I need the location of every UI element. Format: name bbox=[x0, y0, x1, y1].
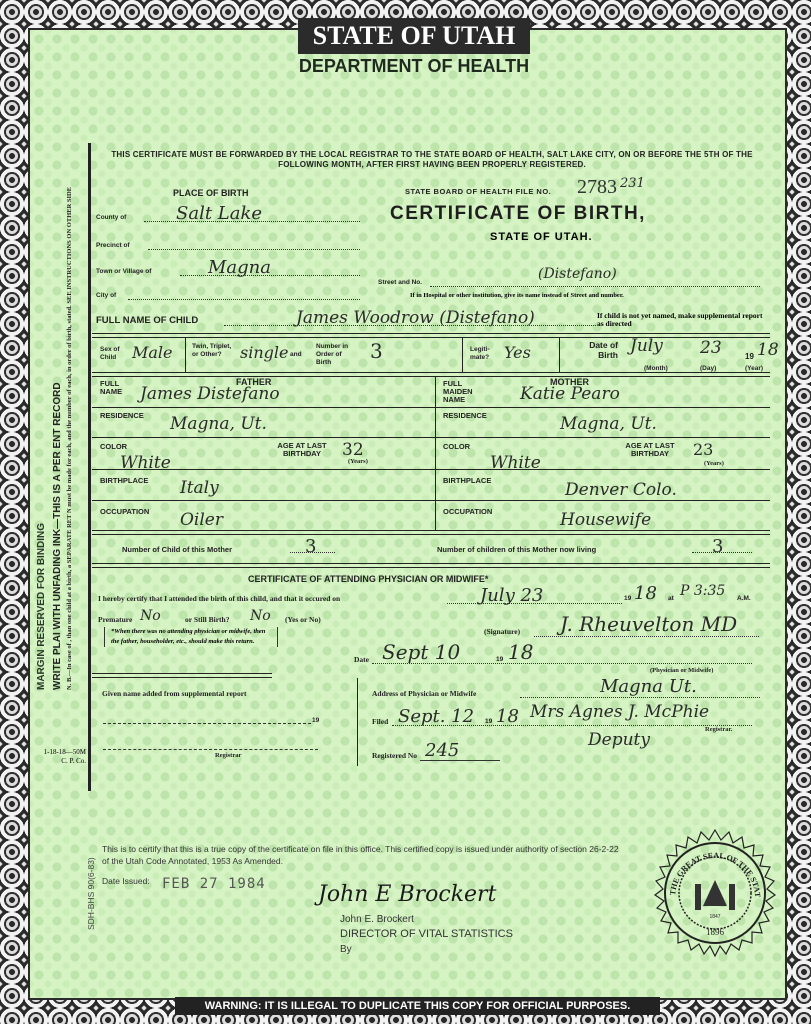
svg-text:THE GREAT SEAL OF THE STATE OF: THE GREAT SEAL OF THE STATE OF UTAH bbox=[640, 818, 762, 898]
date-year-prefix: 19 bbox=[496, 656, 503, 664]
at-label: at bbox=[668, 595, 674, 603]
stillbirth-label: or Still Birth? bbox=[185, 616, 229, 624]
street-field: Street and No. (Distefano) bbox=[378, 272, 760, 288]
mother-age-value: 23 bbox=[693, 440, 713, 459]
mother-age-label: AGE AT LAST BIRTHDAY bbox=[610, 442, 690, 458]
rule bbox=[92, 673, 272, 678]
mother-color-label: COLOR bbox=[443, 443, 470, 451]
occurred-year-prefix: 19 bbox=[624, 595, 631, 603]
occurred-year: 18 bbox=[634, 583, 657, 604]
father-birthplace-label: BIRTHPLACE bbox=[100, 477, 148, 485]
role-caption: (Physician or Midwife) bbox=[650, 667, 713, 675]
svg-text:1896: 1896 bbox=[706, 927, 725, 937]
given-name-label: Given name added from supplemental repor… bbox=[102, 690, 247, 698]
forwarding-instruction: THIS CERTIFICATE MUST BE FORWARDED BY TH… bbox=[96, 150, 768, 170]
birth-time: P 3:35 bbox=[680, 583, 725, 599]
county-field: County of Salt Lake bbox=[96, 206, 360, 224]
filed-year-prefix: 19 bbox=[485, 718, 492, 726]
file-no-annotation: 231 bbox=[620, 176, 645, 191]
father-name-value: James Distefano bbox=[140, 384, 280, 404]
mother-occupation-label: OCCUPATION bbox=[443, 508, 492, 516]
registered-no-label: Registered No bbox=[372, 752, 417, 760]
certification-statement: This is to certify that this is a true c… bbox=[102, 843, 622, 867]
by-label: By bbox=[340, 944, 352, 955]
dob-label: Date of Birth bbox=[568, 340, 618, 360]
county-value: Salt Lake bbox=[176, 203, 262, 224]
father-color-label: COLOR bbox=[100, 443, 127, 451]
file-no-value: 2783 bbox=[577, 176, 617, 199]
premature-value: No bbox=[140, 608, 161, 624]
seal-icon: THE GREAT SEAL OF THE STATE OF UTAH 1896… bbox=[640, 818, 790, 968]
registrar-caption: Registrar bbox=[215, 752, 241, 760]
precinct-field: Precinct of bbox=[96, 234, 360, 252]
mother-name-label: FULL MAIDEN NAME bbox=[443, 380, 483, 404]
father-residence-label: RESIDENCE bbox=[100, 412, 144, 420]
deputy-signature: Deputy bbox=[588, 730, 650, 750]
mother-residence-label: RESIDENCE bbox=[443, 412, 487, 420]
form-left-rule bbox=[88, 143, 91, 791]
precinct-label: Precinct of bbox=[96, 242, 130, 250]
street-value: (Distefano) bbox=[538, 266, 617, 282]
sex-value: Male bbox=[132, 343, 173, 362]
place-of-birth-heading: PLACE OF BIRTH bbox=[173, 188, 249, 198]
street-note: If in Hospital or other institution, giv… bbox=[410, 292, 624, 299]
given-name-year-prefix: 19 bbox=[312, 717, 319, 725]
date-issued-label: Date Issued: bbox=[102, 876, 150, 886]
child-number-value: 3 bbox=[305, 536, 316, 557]
sex-label: Sex of Child bbox=[100, 346, 128, 362]
twin-value: single bbox=[240, 343, 288, 362]
margin-nb-instruction: N. B.—In case of , than one child at a b… bbox=[66, 130, 74, 690]
duplication-warning: WARNING: IT IS ILLEGAL TO DUPLICATE THIS… bbox=[175, 997, 660, 1015]
filed-year: 18 bbox=[496, 706, 519, 727]
dob-year-prefix: 19 bbox=[745, 352, 754, 361]
rule bbox=[92, 530, 770, 535]
street-label: Street and No. bbox=[378, 279, 422, 287]
father-age-value: 32 bbox=[342, 440, 364, 460]
great-seal-of-utah: THE GREAT SEAL OF THE STATE OF UTAH 1896… bbox=[640, 818, 790, 968]
registrar-label: Registrar. bbox=[705, 726, 732, 734]
town-value: Magna bbox=[208, 257, 271, 278]
town-field: Town or Village of Magna bbox=[96, 258, 360, 278]
rule bbox=[92, 333, 770, 338]
address-label: Address of Physician or Midwife bbox=[372, 690, 476, 698]
physician-date: Sept 10 bbox=[382, 640, 460, 664]
dob-year: 18 bbox=[757, 340, 779, 360]
and-label: and bbox=[290, 351, 302, 359]
living-label: Number of children of this Mother now li… bbox=[437, 546, 596, 554]
father-occupation-value: Oiler bbox=[180, 510, 223, 530]
state-banner: STATE OF UTAH bbox=[298, 18, 530, 54]
legitimate-label: Legiti-mate? bbox=[470, 346, 500, 362]
occurred-date: July 23 bbox=[480, 585, 543, 606]
date-label: Date bbox=[354, 656, 369, 664]
premature-label: Premature bbox=[98, 616, 132, 624]
father-occupation-label: OCCUPATION bbox=[100, 508, 149, 516]
rule bbox=[92, 563, 770, 568]
margin-binding-text: MARGIN RESERVED FOR BINDING bbox=[36, 523, 47, 690]
father-residence-value: Magna, Ut. bbox=[170, 414, 267, 434]
mother-years-caption: (Years) bbox=[704, 460, 724, 468]
physician-note: *When there was no attending physician o… bbox=[104, 627, 278, 647]
director-title: DIRECTOR OF VITAL STATISTICS bbox=[340, 928, 513, 940]
yes-no-caption: (Yes or No) bbox=[285, 616, 321, 624]
registered-no-value: 245 bbox=[425, 740, 459, 761]
margin-ink-instruction: WRITE PLAI WITH UNFADING INK—THIS IS A P… bbox=[52, 382, 63, 690]
child-name-note: If child is not yet named, make suppleme… bbox=[597, 312, 767, 328]
father-age-label: AGE AT LAST BIRTHDAY bbox=[262, 442, 342, 458]
dob-day: 23 bbox=[700, 338, 722, 358]
legitimate-value: Yes bbox=[504, 343, 531, 362]
date-issued-stamp: FEB 27 1984 bbox=[162, 876, 266, 892]
city-field: City of bbox=[96, 286, 360, 302]
signature-label: (Signature) bbox=[484, 628, 520, 636]
mother-birthplace-value: Denver Colo. bbox=[565, 480, 677, 500]
town-label: Town or Village of bbox=[96, 268, 151, 276]
date-year: 18 bbox=[508, 640, 533, 664]
county-label: County of bbox=[96, 214, 126, 222]
mother-color-value: White bbox=[490, 453, 541, 473]
child-name-label: FULL NAME OF CHILD bbox=[96, 315, 198, 326]
print-company: C. P. Co. bbox=[36, 757, 86, 766]
form-code: SDH-BHS 90(6-83) bbox=[86, 857, 96, 930]
physician-address: Magna Ut. bbox=[600, 676, 697, 697]
meridiem: A.M. bbox=[737, 595, 751, 603]
father-birthplace-value: Italy bbox=[180, 478, 219, 498]
child-name-value: James Woodrow (Distefano) bbox=[296, 308, 535, 328]
registrar-signature: Mrs Agnes J. McPhie bbox=[530, 702, 709, 722]
mother-residence-value: Magna, Ut. bbox=[560, 414, 657, 434]
file-no-label: STATE BOARD OF HEALTH FILE NO. bbox=[405, 187, 551, 196]
filed-label: Filed bbox=[372, 718, 388, 726]
rule bbox=[92, 372, 770, 377]
order-label: Number in Order of Birth bbox=[316, 343, 356, 367]
city-label: City of bbox=[96, 292, 116, 300]
svg-text:1847: 1847 bbox=[709, 914, 720, 920]
director-signature: John E Brockert bbox=[318, 882, 496, 907]
father-years-caption: (Years) bbox=[348, 458, 368, 466]
physician-heading: CERTIFICATE OF ATTENDING PHYSICIAN OR MI… bbox=[248, 574, 488, 584]
print-code: 1-18-18—50M C. P. Co. bbox=[36, 748, 86, 766]
father-color-value: White bbox=[120, 453, 171, 473]
filed-date: Sept. 12 bbox=[398, 706, 474, 727]
director-name: John E. Brockert bbox=[340, 914, 414, 925]
dob-month: July bbox=[630, 336, 663, 356]
living-value: 3 bbox=[712, 536, 723, 557]
certificate-subtitle: STATE OF UTAH. bbox=[490, 231, 593, 243]
child-name-field: FULL NAME OF CHILD James Woodrow (Distef… bbox=[96, 308, 596, 328]
physician-signature: J. Rheuvelton MD bbox=[560, 612, 737, 636]
registrar-line bbox=[103, 749, 318, 750]
twin-label: Twin, Triplet, or Other? bbox=[192, 343, 232, 359]
stillbirth-value: No bbox=[250, 608, 271, 624]
print-code-number: 1-18-18—50M bbox=[36, 748, 86, 757]
department-title: DEPARTMENT OF HEALTH bbox=[200, 56, 628, 77]
certificate-title: CERTIFICATE OF BIRTH, bbox=[390, 203, 646, 225]
given-name-line bbox=[103, 723, 311, 724]
child-number-label: Number of Child of this Mother bbox=[122, 546, 232, 554]
mother-name-value: Katie Pearo bbox=[520, 384, 620, 404]
father-name-label: FULL NAME bbox=[100, 380, 130, 396]
certify-text: I hereby certify that I attended the bir… bbox=[98, 595, 340, 603]
mother-birthplace-label: BIRTHPLACE bbox=[443, 477, 491, 485]
order-value: 3 bbox=[370, 339, 383, 363]
mother-occupation-value: Housewife bbox=[560, 510, 651, 530]
